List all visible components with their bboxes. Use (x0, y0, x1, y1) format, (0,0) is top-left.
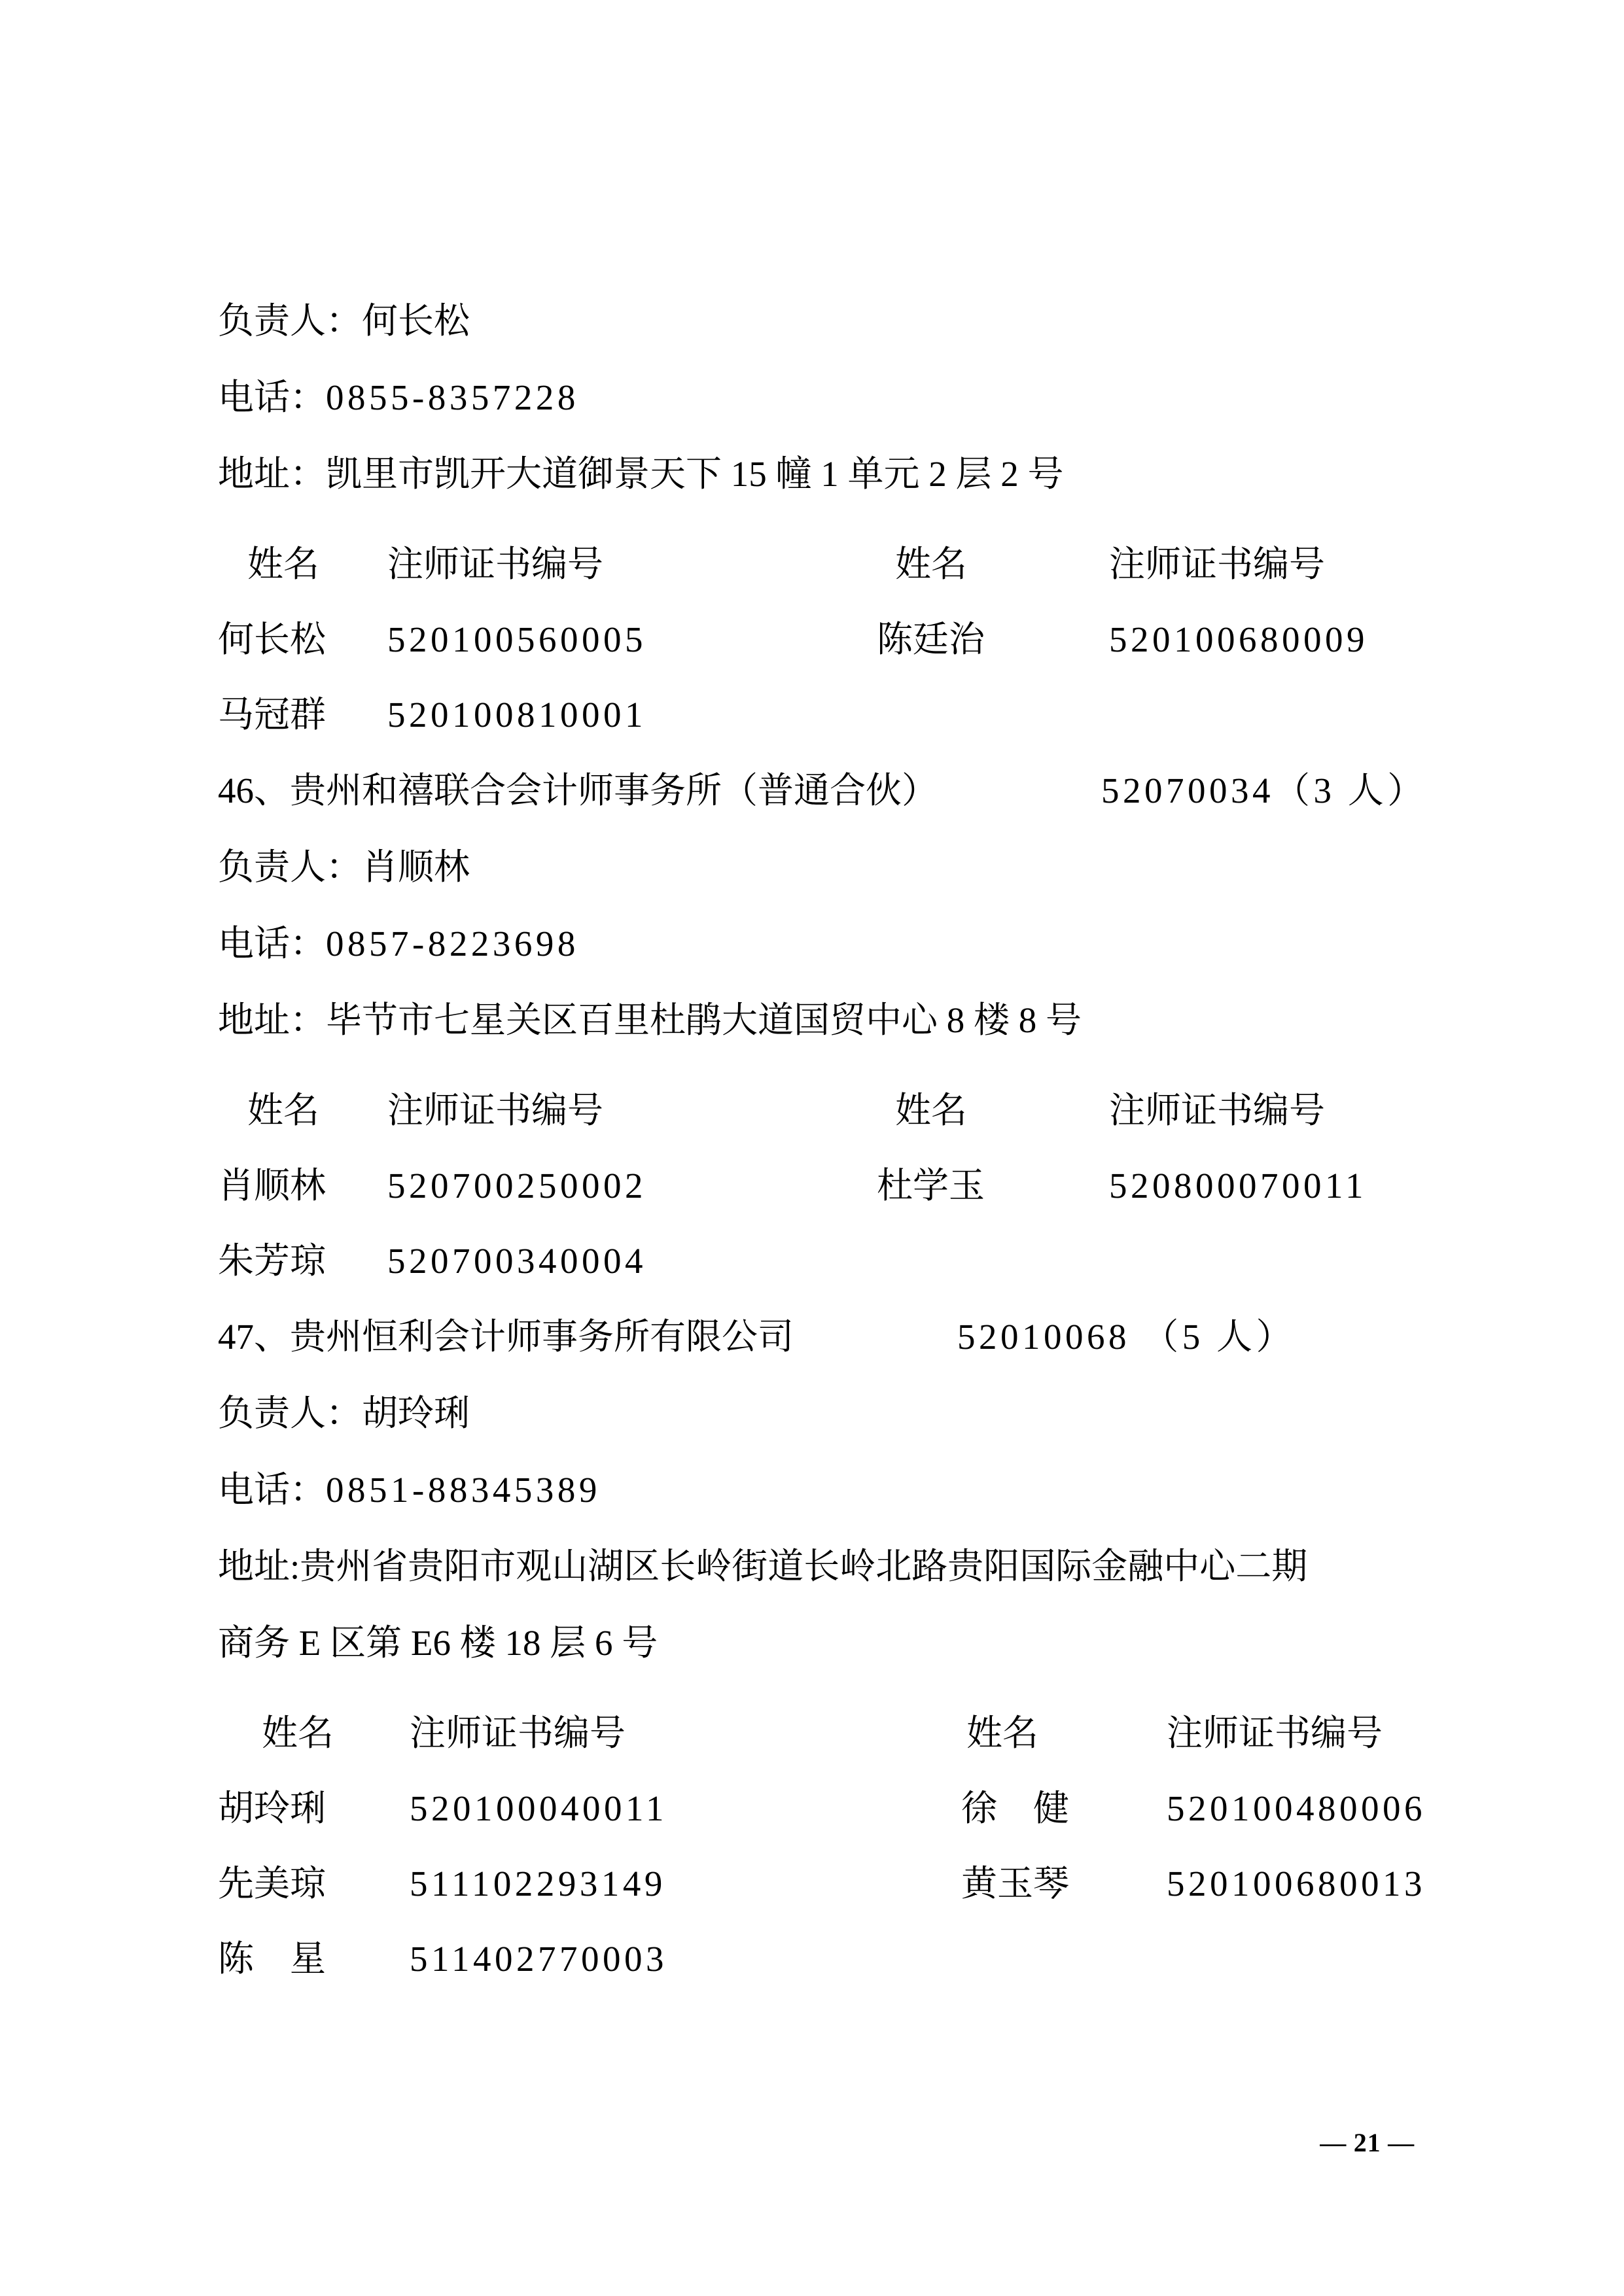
document-content: 负责人：何长松 电话：0855-8357228 地址：凯里市凯开大道御景天下 1… (218, 283, 1422, 1996)
member-name: 陈 星 (218, 1921, 410, 1996)
firm-section-46: 46、贵州和禧联合会计师事务所（普通合伙）52070034（3 人） 负责人：肖… (218, 752, 1422, 1298)
firm-reg-number: 52070034（3 人） (1101, 771, 1427, 810)
phone-value: 0855-8357228 (326, 377, 579, 417)
member-cert: 520800070011 (1109, 1148, 1422, 1223)
member-name (961, 1921, 1167, 1996)
document-page: 负责人：何长松 电话：0855-8357228 地址：凯里市凯开大道御景天下 1… (0, 0, 1624, 2296)
phone-value: 0851-88345389 (326, 1470, 601, 1510)
table-row: 肖顺林 520700250002 杜学玉 520800070011 (218, 1148, 1422, 1223)
table-row: 陈 星 511402770003 (218, 1921, 1422, 1996)
manager-value: 肖顺林 (362, 847, 470, 887)
header-name-2: 姓名 (961, 1696, 1167, 1771)
manager-line: 负责人：何长松 (218, 283, 1422, 359)
phone-label: 电话： (218, 377, 326, 417)
phone-label: 电话： (218, 1470, 326, 1510)
phone-line: 电话：0855-8357228 (218, 359, 1422, 436)
member-name: 徐 健 (961, 1771, 1167, 1846)
firm-name: 46、贵州和禧联合会计师事务所（普通合伙） (218, 771, 938, 810)
table-header-row: 姓名 注师证书编号 姓名 注师证书编号 (218, 1073, 1422, 1148)
section-heading: 46、贵州和禧联合会计师事务所（普通合伙）52070034（3 人） (218, 752, 1422, 829)
table-row: 胡玲琍 520100040011 徐 健 520100480006 (218, 1771, 1422, 1846)
firm-section-47: 47、贵州恒利会计师事务所有限公司52010068 （5 人） 负责人：胡玲琍 … (218, 1298, 1422, 1996)
address-line: 地址:贵州省贵阳市观山湖区长岭街道长岭北路贵阳国际金融中心二期商务 E 区第 E… (218, 1528, 1330, 1681)
header-name-1: 姓名 (218, 527, 387, 602)
header-cert-1: 注师证书编号 (387, 1073, 877, 1148)
header-name-2: 姓名 (877, 1073, 1109, 1148)
manager-label: 负责人： (218, 847, 362, 887)
manager-line: 负责人：胡玲琍 (218, 1375, 1422, 1452)
member-cert: 520100560005 (387, 602, 877, 677)
table-row: 何长松 520100560005 陈廷治 520100680009 (218, 602, 1422, 677)
header-cert-2: 注师证书编号 (1109, 527, 1422, 602)
member-name: 黄玉琴 (961, 1846, 1167, 1921)
member-cert: 520100680009 (1109, 602, 1422, 677)
address-label: 地址： (218, 1000, 326, 1040)
member-name: 陈廷治 (877, 602, 1109, 677)
header-name-1: 姓名 (218, 1073, 387, 1148)
member-cert: 520700340004 (387, 1223, 877, 1298)
phone-line: 电话：0857-8223698 (218, 905, 1422, 982)
member-table: 姓名 注师证书编号 姓名 注师证书编号 肖顺林 520700250002 杜学玉… (218, 1073, 1422, 1298)
manager-label: 负责人： (218, 1393, 362, 1433)
header-cert-1: 注师证书编号 (387, 527, 877, 602)
member-table: 姓名 注师证书编号 姓名 注师证书编号 何长松 520100560005 陈廷治… (218, 527, 1422, 752)
table-row: 朱芳琼 520700340004 (218, 1223, 1422, 1298)
member-cert: 520100810001 (387, 677, 877, 752)
firm-reg-number: 52010068 （5 人） (957, 1317, 1296, 1357)
member-cert (1167, 1921, 1422, 1996)
member-name: 何长松 (218, 602, 387, 677)
address-line: 地址：毕节市七星关区百里杜鹃大道国贸中心 8 楼 8 号 (218, 982, 1422, 1058)
header-cert-1: 注师证书编号 (410, 1696, 961, 1771)
member-name: 杜学玉 (877, 1148, 1109, 1223)
manager-line: 负责人：肖顺林 (218, 829, 1422, 905)
member-cert: 520100040011 (410, 1771, 961, 1846)
header-name-2: 姓名 (877, 527, 1109, 602)
address-label: 地址： (218, 454, 326, 494)
address-value: 贵州省贵阳市观山湖区长岭街道长岭北路贵阳国际金融中心二期商务 E 区第 E6 楼… (218, 1546, 1307, 1663)
member-cert: 511102293149 (410, 1846, 961, 1921)
address-line: 地址：凯里市凯开大道御景天下 15 幢 1 单元 2 层 2 号 (218, 436, 1422, 512)
table-header-row: 姓名 注师证书编号 姓名 注师证书编号 (218, 1696, 1422, 1771)
phone-label: 电话： (218, 924, 326, 964)
member-cert: 520700250002 (387, 1148, 877, 1223)
phone-line: 电话：0851-88345389 (218, 1452, 1422, 1528)
table-row: 马冠群 520100810001 (218, 677, 1422, 752)
address-label: 地址: (218, 1546, 300, 1586)
member-cert: 511402770003 (410, 1921, 961, 1996)
section-heading: 47、贵州恒利会计师事务所有限公司52010068 （5 人） (218, 1298, 1422, 1375)
table-row: 先美琼 511102293149 黄玉琴 520100680013 (218, 1846, 1422, 1921)
member-cert (1109, 1223, 1422, 1298)
firm-name: 47、贵州恒利会计师事务所有限公司 (218, 1317, 794, 1357)
page-number: — 21 — (1320, 2127, 1415, 2158)
member-name: 先美琼 (218, 1846, 410, 1921)
member-name: 马冠群 (218, 677, 387, 752)
manager-label: 负责人： (218, 301, 362, 341)
header-cert-2: 注师证书编号 (1167, 1696, 1422, 1771)
member-cert (1109, 677, 1422, 752)
member-name: 朱芳琼 (218, 1223, 387, 1298)
member-cert: 520100680013 (1167, 1846, 1426, 1921)
member-table: 姓名 注师证书编号 姓名 注师证书编号 胡玲琍 520100040011 徐 健… (218, 1696, 1422, 1996)
manager-value: 何长松 (362, 301, 470, 341)
member-cert: 520100480006 (1167, 1771, 1426, 1846)
firm-section-45: 负责人：何长松 电话：0855-8357228 地址：凯里市凯开大道御景天下 1… (218, 283, 1422, 752)
address-value: 毕节市七星关区百里杜鹃大道国贸中心 8 楼 8 号 (326, 1000, 1082, 1040)
member-name (877, 677, 1109, 752)
table-header-row: 姓名 注师证书编号 姓名 注师证书编号 (218, 527, 1422, 602)
member-name (877, 1223, 1109, 1298)
phone-value: 0857-8223698 (326, 924, 579, 964)
manager-value: 胡玲琍 (362, 1393, 470, 1433)
address-value: 凯里市凯开大道御景天下 15 幢 1 单元 2 层 2 号 (326, 454, 1064, 494)
member-name: 胡玲琍 (218, 1771, 410, 1846)
header-name-1: 姓名 (218, 1696, 410, 1771)
header-cert-2: 注师证书编号 (1109, 1073, 1422, 1148)
member-name: 肖顺林 (218, 1148, 387, 1223)
